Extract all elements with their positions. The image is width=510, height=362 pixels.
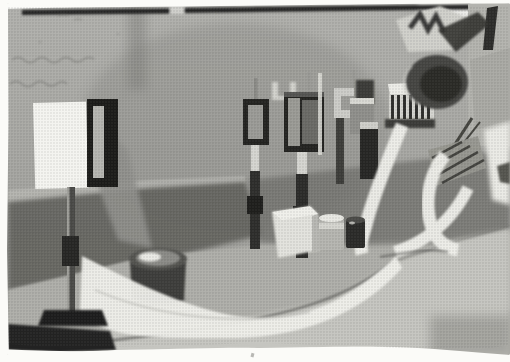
mount-window — [302, 100, 318, 144]
louver-base — [385, 119, 435, 128]
tall-bright-rod — [318, 73, 322, 155]
wall-seam-shadow — [128, 8, 146, 90]
projection-screen-card — [33, 102, 88, 189]
holder-slit — [93, 106, 104, 178]
photo-frame — [0, 0, 510, 362]
post-collar — [62, 236, 79, 266]
support-rod — [254, 78, 258, 100]
frame-bright-column — [288, 98, 300, 146]
photograph — [0, 0, 510, 362]
screen-post-base — [38, 310, 108, 326]
mount-window — [248, 105, 263, 139]
post-bright-segment — [297, 152, 307, 174]
dark-canister — [346, 217, 365, 249]
white-box — [272, 206, 320, 258]
lens-core — [420, 66, 462, 102]
post-clamp — [247, 196, 263, 214]
panel-lower — [470, 48, 510, 130]
post-bright-segment — [251, 145, 259, 171]
support-post — [336, 118, 344, 184]
thick-post — [360, 129, 378, 179]
bright-object-in-dish — [139, 253, 161, 262]
film-canister — [319, 214, 344, 250]
post-cap-highlight — [360, 122, 378, 130]
bracket-top-highlight — [350, 98, 374, 105]
